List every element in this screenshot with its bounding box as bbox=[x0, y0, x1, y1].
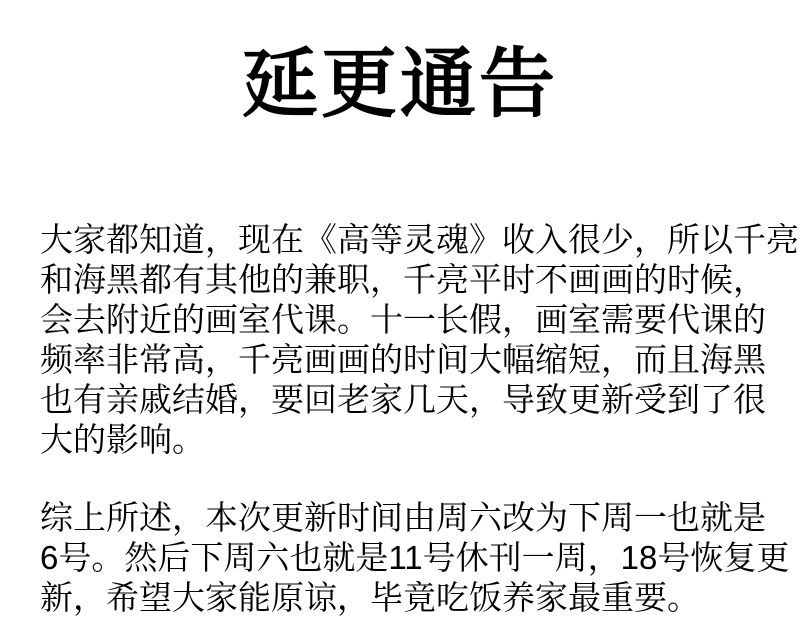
text-line: 会去附近的画室代课。十一长假，画室需要代课的 bbox=[40, 300, 780, 340]
text-line: 也有亲戚结婚，要回老家几天，导致更新受到了很 bbox=[40, 380, 780, 420]
text-line: 综上所述，本次更新时间由周六改为下周一也就是 bbox=[40, 498, 780, 538]
text-line: 和海黑都有其他的兼职，千亮平时不画画的时候， bbox=[40, 260, 780, 300]
text-line: 频率非常高，千亮画画的时间大幅缩短，而且海黑 bbox=[40, 340, 780, 380]
text-line: 大的影响。 bbox=[40, 420, 780, 460]
announcement-page: 延更通告 大家都知道，现在《高等灵魂》收入很少，所以千亮 和海黑都有其他的兼职，… bbox=[0, 0, 800, 625]
text-line: 新，希望大家能原谅，毕竟吃饭养家最重要。 bbox=[40, 578, 780, 618]
paragraph-1: 大家都知道，现在《高等灵魂》收入很少，所以千亮 和海黑都有其他的兼职，千亮平时不… bbox=[40, 220, 780, 460]
text-line: 6号。然后下周六也就是11号休刊一周，18号恢复更 bbox=[40, 538, 780, 578]
announcement-body: 大家都知道，现在《高等灵魂》收入很少，所以千亮 和海黑都有其他的兼职，千亮平时不… bbox=[40, 220, 780, 618]
paragraph-2: 综上所述，本次更新时间由周六改为下周一也就是 6号。然后下周六也就是11号休刊一… bbox=[40, 498, 780, 618]
text-line: 大家都知道，现在《高等灵魂》收入很少，所以千亮 bbox=[40, 220, 780, 260]
page-title: 延更通告 bbox=[0, 30, 800, 140]
